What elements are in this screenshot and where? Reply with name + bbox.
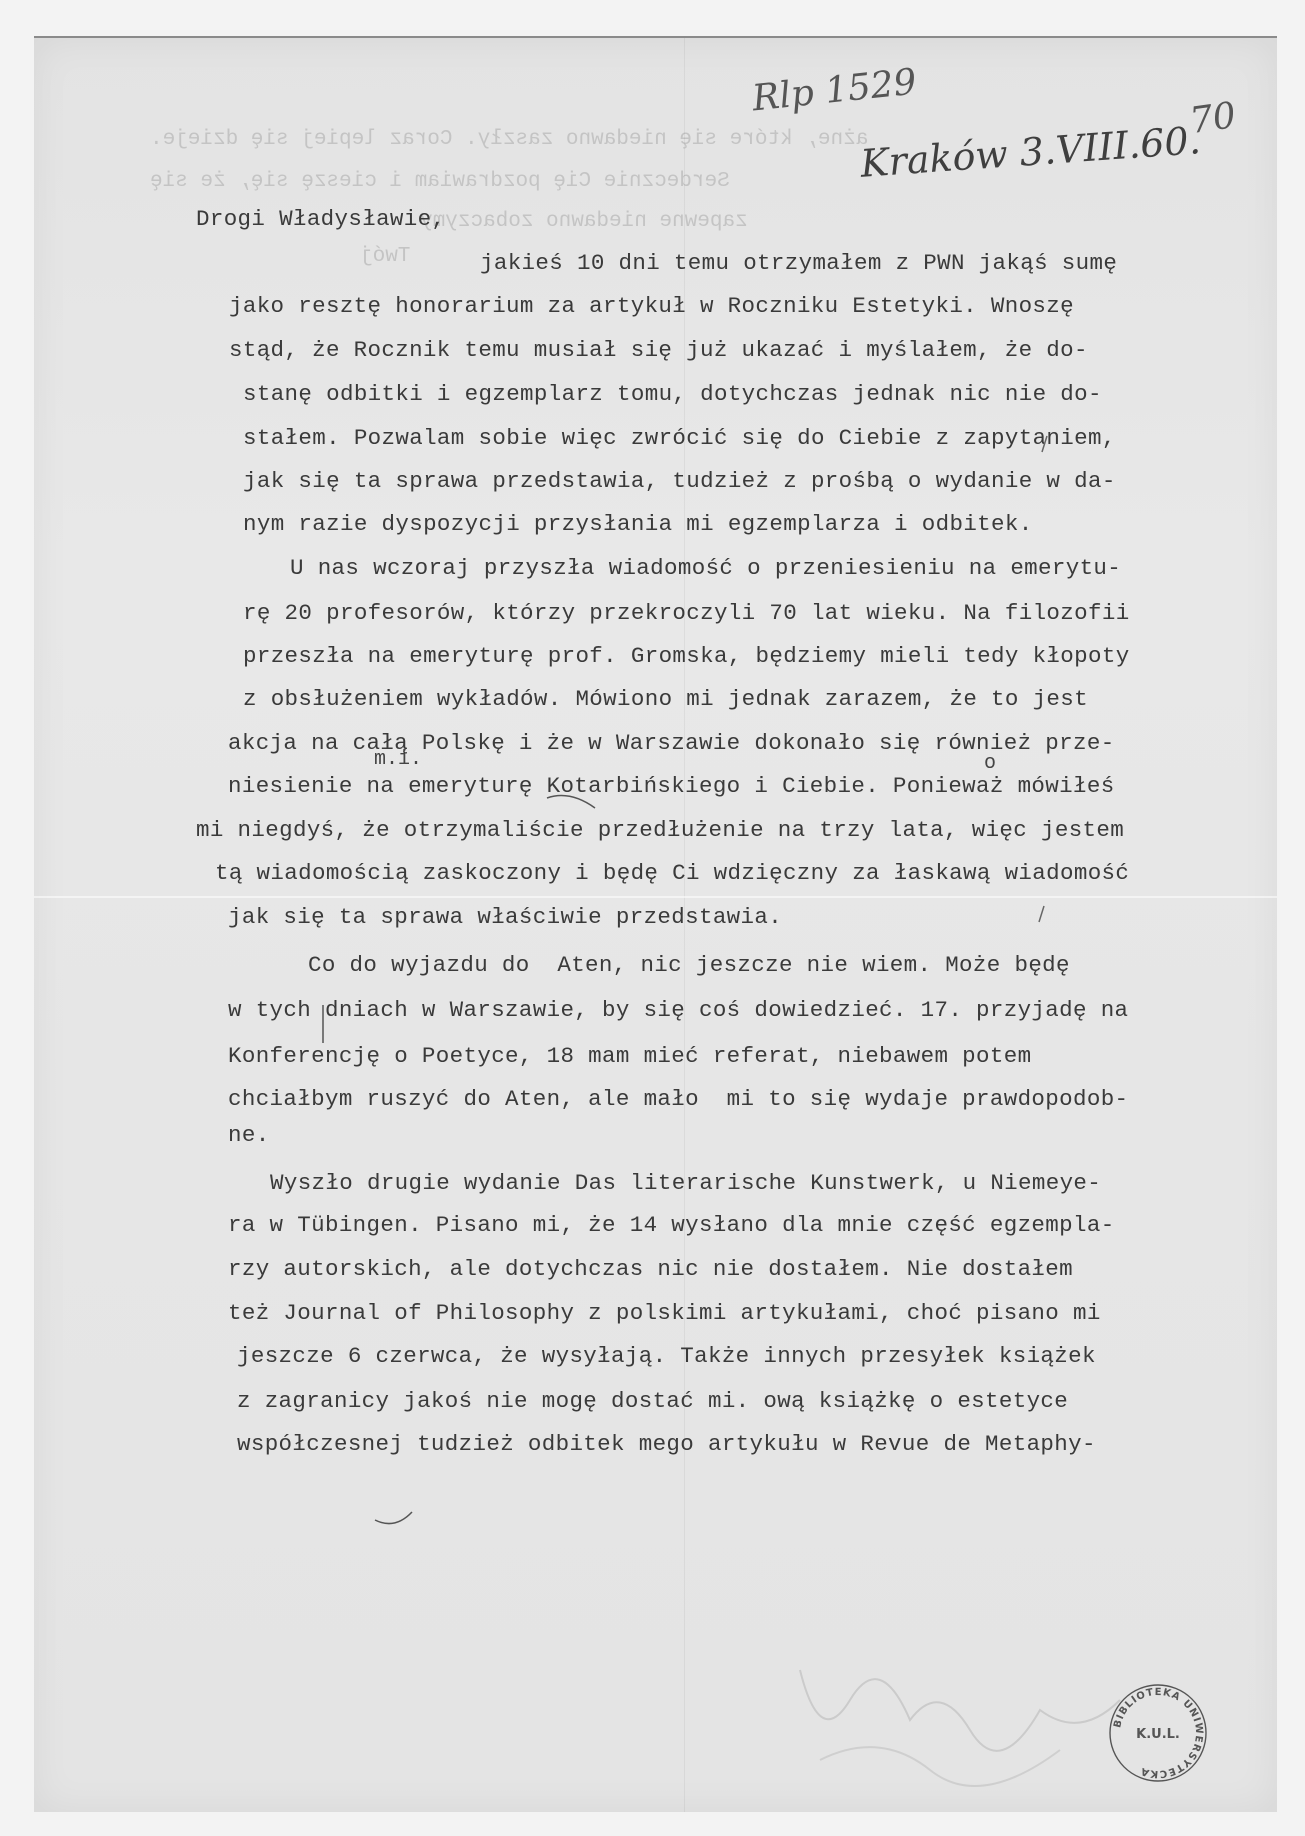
letter-line: chciałbym ruszyć do Aten, ale mało mi to… — [228, 1086, 1128, 1112]
interlinear-note: m.i. — [374, 748, 422, 771]
letter-line: mi niegdyś, że otrzymaliście przedłużeni… — [196, 817, 1124, 843]
letter-line: jakieś 10 dni temu otrzymałem z PWN jaką… — [480, 250, 1117, 276]
folio-number: 70 — [1187, 95, 1238, 142]
letter-line: Wyszło drugie wydanie Das literarische K… — [270, 1170, 1101, 1196]
letter-line: stąd, że Rocznik temu musiał się już uka… — [229, 337, 1088, 363]
salutation: Drogi Władysławie, — [196, 206, 445, 232]
letter-line: jak się ta sprawa przedstawia, tudzież z… — [243, 468, 1116, 494]
letter-line: też Journal of Philosophy z polskimi art… — [228, 1300, 1101, 1326]
letter-line: rę 20 profesorów, którzy przekroczyli 70… — [243, 600, 1130, 626]
letter-line: stałem. Pozwalam sobie więc zwrócić się … — [243, 425, 1116, 451]
interlinear-correction: o — [984, 752, 996, 775]
letter-line: przeszła na emeryturę prof. Gromska, będ… — [243, 643, 1130, 669]
letter-line: w tych dniach w Warszawie, by się coś do… — [228, 997, 1128, 1023]
letter-line: jeszcze 6 czerwca, że wysyłają. Także in… — [237, 1343, 1096, 1369]
bleed-through-line: Twój — [360, 245, 410, 268]
letter-line: rzy autorskich, ale dotychczas nic nie d… — [228, 1256, 1073, 1282]
bleed-through-line: ażne, które się niedawno zaszły. Coraz l… — [150, 128, 868, 151]
letter-line: nym razie dyspozycji przysłania mi egzem… — [243, 511, 1033, 537]
letter-line: Co do wyjazdu do Aten, nic jeszcze nie w… — [308, 952, 1070, 978]
letter-line: z zagranicy jakoś nie mogę dostać mi. ow… — [237, 1388, 1068, 1414]
letter-line: jako resztę honorarium za artykuł w Rocz… — [229, 293, 1074, 319]
letter-line: tą wiadomością zaskoczony i będę Ci wdzi… — [215, 860, 1129, 886]
letter-line: stanę odbitki i egzemplarz tomu, dotychc… — [243, 381, 1102, 407]
letter-line: ne. — [228, 1122, 270, 1148]
letter-line: z obsłużeniem wykładów. Mówiono mi jedna… — [243, 686, 1088, 712]
letter-line: Konferencję o Poetyce, 18 mam mieć refer… — [228, 1043, 1031, 1069]
letter-line: U nas wczoraj przyszła wiadomość o przen… — [290, 555, 1121, 581]
stamp-center-text: K.U.L. — [1136, 1727, 1180, 1742]
letter-line: jak się ta sprawa właściwie przedstawia. — [228, 904, 782, 930]
library-stamp: BIBLIOTEKA UNIWERSYTECKA K.U.L. — [1108, 1683, 1208, 1783]
fold-crease-horizontal — [34, 896, 1277, 898]
letter-line: akcja na całą Polskę i że w Warszawie do… — [228, 730, 1115, 756]
bleed-through-line: Serdecznie Cię pozdrawiam i cieszę się, … — [150, 170, 730, 193]
letter-line: ra w Tübingen. Pisano mi, że 14 wysłano … — [228, 1212, 1115, 1238]
bleed-through-line: zapewne niedawno zobaczymy — [420, 210, 748, 233]
letter-line: niesienie na emeryturę Kotarbińskiego i … — [228, 773, 1115, 799]
letter-line: współczesnej tudzież odbitek mego artyku… — [237, 1431, 1096, 1457]
